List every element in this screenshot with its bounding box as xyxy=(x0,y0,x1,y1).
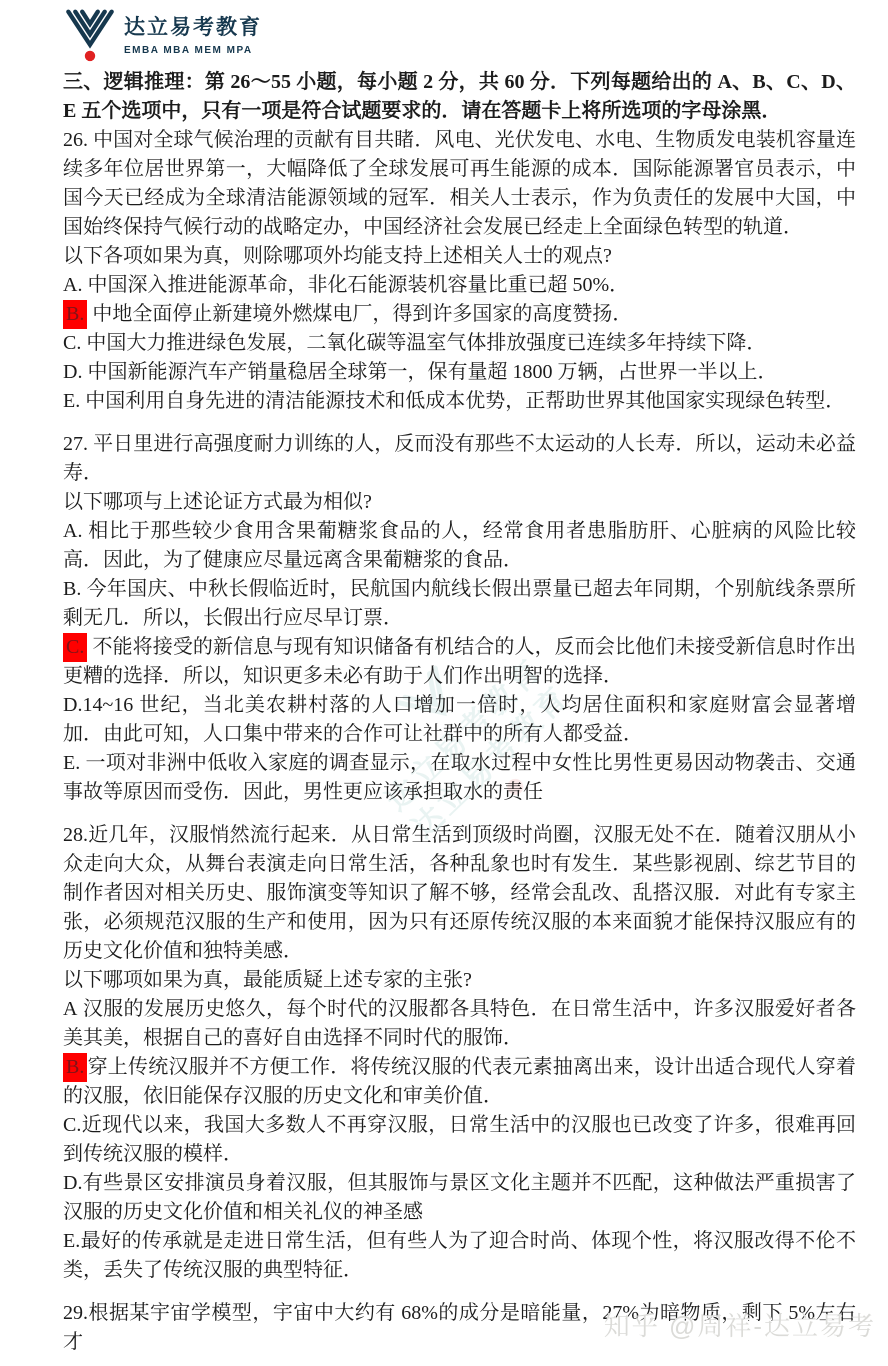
option-letter: C. xyxy=(63,1111,81,1140)
option-row: D.14~16 世纪，当北美农耕村落的人口增加一倍时，人均居住面积和家庭财富会显… xyxy=(63,691,856,749)
option-letter: B. xyxy=(63,575,81,604)
option-row: B. 今年国庆、中秋长假临近时，民航国内航线长假出票量已超去年同期，个别航线条票… xyxy=(63,575,856,633)
question-stem: 27. 平日里进行高强度耐力训练的人，反而没有那些不太运动的人长寿．所以，运动未… xyxy=(63,430,856,488)
question-stem: 28.近几年，汉服悄然流行起来．从日常生活到顶级时尚圈，汉服无处不在．随着汉朋从… xyxy=(63,821,856,966)
option-letter: B. xyxy=(63,1053,87,1082)
option-letter: A xyxy=(63,995,77,1024)
option-row: E. 一项对非洲中低收入家庭的调查显示，在取水过程中女性比男性更易因动物袭击、交… xyxy=(63,749,856,807)
option-row: C.近现代以来，我国大多数人不再穿汉服，日常生活中的汉服也已改变了许多，很难再回… xyxy=(63,1111,856,1169)
option-text: 相比于那些较少食用含果葡糖浆食品的人，经常食用者患脂肪肝、心脏病的风险比较高．因… xyxy=(63,520,856,571)
option-row: A 汉服的发展历史悠久，每个时代的汉服都各具特色．在日常生活中，许多汉服爱好者各… xyxy=(63,995,856,1053)
option-row: B.穿上传统汉服并不方便工作．将传统汉服的代表元素抽离出来，设计出适合现代人穿着… xyxy=(63,1053,856,1111)
exam-page-body: 三、逻辑推理：第 26～55 小题，每小题 2 分，共 60 分．下列每题给出的… xyxy=(63,68,856,1357)
option-letter: C. xyxy=(63,633,87,662)
option-row: C. 不能将接受的新信息与现有知识储备有机结合的人，反而会比他们未接受新信息时作… xyxy=(63,633,856,691)
option-text: 穿上传统汉服并不方便工作．将传统汉服的代表元素抽离出来，设计出适合现代人穿着的汉… xyxy=(63,1056,856,1107)
option-row: A. 中国深入推进能源革命，非化石能源装机容量比重已超 50%． xyxy=(63,271,856,300)
option-row: E. 中国利用自身先进的清洁能源技术和低成本优势，正帮助世界其他国家实现绿色转型… xyxy=(63,387,856,416)
option-row: C. 中国大力推进绿色发展，二氧化碳等温室气体排放强度已连续多年持续下降． xyxy=(63,329,856,358)
option-row: B. 中地全面停止新建境外燃煤电厂，得到许多国家的高度赞扬． xyxy=(63,300,856,329)
option-letter: D. xyxy=(63,691,82,720)
option-text: 汉服的发展历史悠久，每个时代的汉服都各具特色．在日常生活中，许多汉服爱好者各美其… xyxy=(63,998,856,1049)
question-number: 26. xyxy=(63,129,88,151)
option-row: D. 中国新能源汽车产销量稳居全球第一，保有量超 1800 万辆，占世界一半以上… xyxy=(63,358,856,387)
option-letter: B. xyxy=(63,300,87,329)
question-27: 27. 平日里进行高强度耐力训练的人，反而没有那些不太运动的人长寿．所以，运动未… xyxy=(63,430,856,807)
option-letter: C. xyxy=(63,329,81,358)
section-header: 三、逻辑推理：第 26～55 小题，每小题 2 分，共 60 分．下列每题给出的… xyxy=(63,68,856,126)
option-row: E.最好的传承就是走进日常生活，但有些人为了迎合时尚、体现个性，将汉服改得不伦不… xyxy=(63,1227,856,1285)
brand-subtitle: EMBA MBA MEM MPA xyxy=(124,44,262,58)
question-stem: 26. 中国对全球气候治理的贡献有目共睹．风电、光伏发电、水电、生物质发电装机容… xyxy=(63,126,856,242)
zhihu-credit-watermark: 知乎 @周祥-达立易考 xyxy=(604,1306,876,1343)
logo-red-dot xyxy=(85,51,95,61)
option-text: 有些景区安排演员身着汉服，但其服饰与景区文化主题并不匹配，这种做法严重损害了汉服… xyxy=(63,1172,856,1223)
option-text: 中国深入推进能源革命，非化石能源装机容量比重已超 50%． xyxy=(87,274,629,296)
question-28: 28.近几年，汉服悄然流行起来．从日常生活到顶级时尚圈，汉服无处不在．随着汉朋从… xyxy=(63,821,856,1285)
question-prompt: 以下各项如果为真，则除哪项外均能支持上述相关人士的观点? xyxy=(63,242,856,271)
option-row: A. 相比于那些较少食用含果葡糖浆食品的人，经常食用者患脂肪肝、心脏病的风险比较… xyxy=(63,517,856,575)
question-prompt: 以下哪项与上述论证方式最为相似? xyxy=(63,488,856,517)
option-text: 最好的传承就是走进日常生活，但有些人为了迎合时尚、体现个性，将汉服改得不伦不类，… xyxy=(63,1230,856,1281)
option-text: 一项对非洲中低收入家庭的调查显示，在取水过程中女性比男性更易因动物袭击、交通事故… xyxy=(63,752,856,803)
option-text: 不能将接受的新信息与现有知识储备有机结合的人，反而会比他们未接受新信息时作出更糟… xyxy=(63,636,856,687)
wings-v-logo-icon xyxy=(64,8,116,64)
option-letter: E. xyxy=(63,387,80,416)
question-26: 26. 中国对全球气候治理的贡献有目共睹．风电、光伏发电、水电、生物质发电装机容… xyxy=(63,126,856,416)
question-prompt: 以下哪项如果为真，最能质疑上述专家的主张? xyxy=(63,966,856,995)
option-text: 14~16 世纪，当北美农耕村落的人口增加一倍时，人均居住面积和家庭财富会显著增… xyxy=(63,694,856,745)
brand-name: 达立易考教育 xyxy=(124,15,262,41)
option-letter: A. xyxy=(63,271,82,300)
question-number: 29. xyxy=(63,1302,88,1324)
option-row: D.有些景区安排演员身着汉服，但其服饰与景区文化主题并不匹配，这种做法严重损害了… xyxy=(63,1169,856,1227)
question-number: 28. xyxy=(63,824,88,846)
question-number: 27. xyxy=(63,433,88,455)
option-letter: A. xyxy=(63,517,82,546)
option-text: 中国利用自身先进的清洁能源技术和低成本优势，正帮助世界其他国家实现绿色转型． xyxy=(85,390,845,412)
option-text: 中地全面停止新建境外燃煤电厂，得到许多国家的高度赞扬． xyxy=(92,303,632,325)
option-text: 近现代以来，我国大多数人不再穿汉服，日常生活中的汉服也已改变了许多，很难再回到传… xyxy=(63,1114,856,1165)
option-letter: D. xyxy=(63,1169,82,1198)
brand-logo: 达立易考教育 EMBA MBA MEM MPA xyxy=(64,8,262,64)
option-letter: E. xyxy=(63,1227,80,1256)
option-text: 中国大力推进绿色发展，二氧化碳等温室气体排放强度已连续多年持续下降． xyxy=(86,332,766,354)
option-text: 今年国庆、中秋长假临近时，民航国内航线长假出票量已超去年同期，个别航线条票所剩无… xyxy=(63,578,856,629)
option-letter: E. xyxy=(63,749,80,778)
option-letter: D. xyxy=(63,358,82,387)
option-text: 中国新能源汽车产销量稳居全球第一，保有量超 1800 万辆，占世界一半以上． xyxy=(87,361,777,383)
